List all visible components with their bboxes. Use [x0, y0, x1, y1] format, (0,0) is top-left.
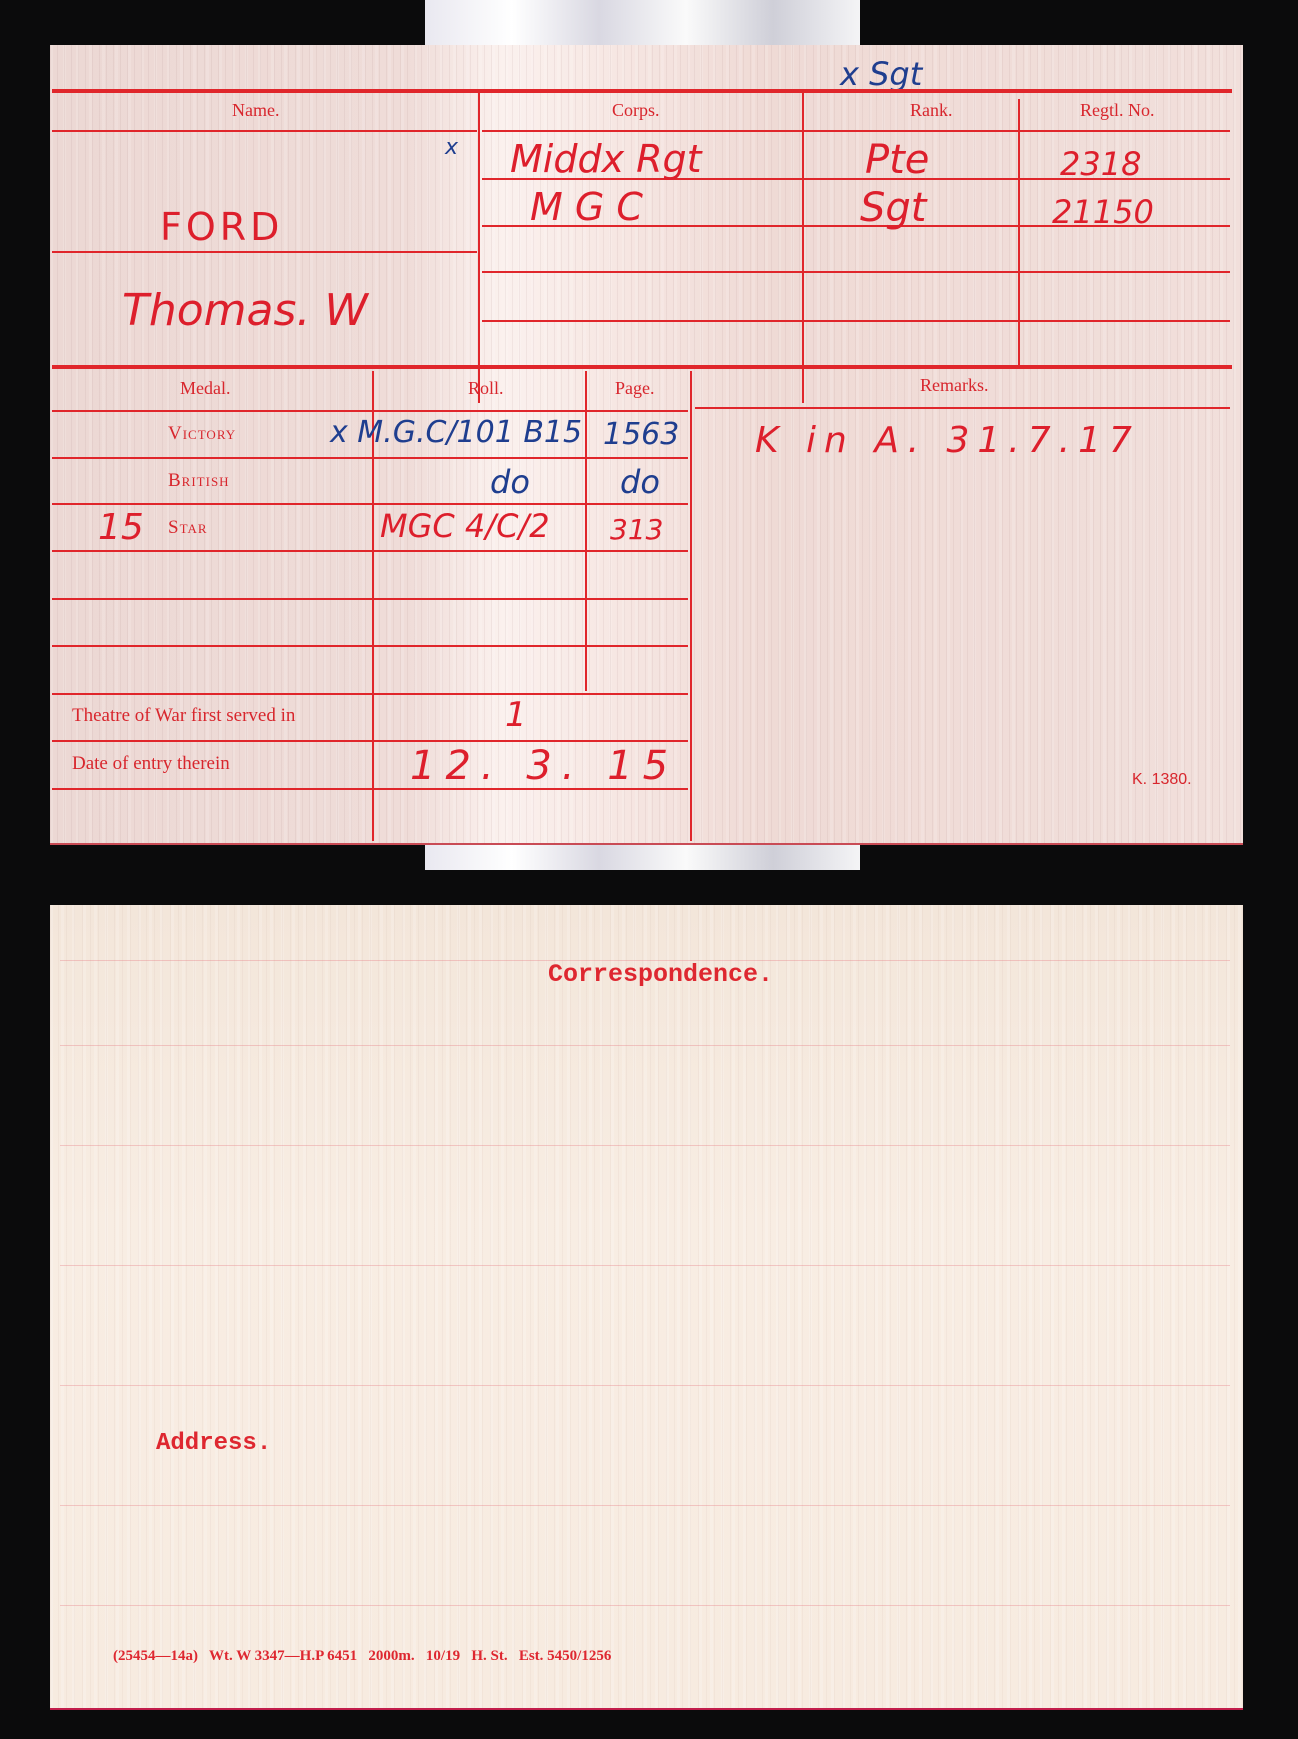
- theatre-label: Theatre of War first served in: [72, 705, 295, 727]
- entry-label: Date of entry therein: [72, 753, 230, 775]
- rule: [52, 740, 688, 742]
- medal-british-label: British: [168, 470, 230, 492]
- scanner-strip-mid: [425, 845, 860, 870]
- medal-victory-label: Victory: [168, 423, 236, 445]
- faint-rule: [60, 1505, 1230, 1506]
- faint-rule: [60, 1145, 1230, 1146]
- rank-annotation: x Sgt: [840, 55, 922, 93]
- page-star: 313: [610, 513, 663, 546]
- rule: [52, 598, 688, 600]
- faint-rule: [60, 1605, 1230, 1606]
- address-label: Address.: [156, 1430, 271, 1457]
- rule: [482, 271, 1230, 273]
- rule: [695, 407, 1230, 409]
- surname: FORD: [160, 205, 283, 249]
- divider: [585, 371, 587, 691]
- faint-rule: [60, 1265, 1230, 1266]
- rule: [482, 130, 1230, 132]
- scanner-strip-top: [425, 0, 860, 45]
- corps-2: M G C: [530, 185, 643, 229]
- theatre-value: 1: [505, 695, 527, 735]
- correspondence-title: Correspondence.: [548, 960, 773, 989]
- header-remarks: Remarks.: [920, 375, 988, 396]
- mid-rule: [52, 365, 1232, 369]
- rule: [482, 320, 1230, 322]
- regtl-no-1: 2318: [1060, 145, 1141, 183]
- rule: [52, 693, 688, 695]
- medal-index-card-back: Correspondence. Address. (25454—14a) Wt.…: [50, 905, 1243, 1710]
- divider: [1018, 99, 1020, 369]
- rule: [52, 645, 688, 647]
- divider: [802, 93, 804, 403]
- header-roll: Roll.: [468, 378, 504, 399]
- rank-1: Pte: [865, 137, 929, 183]
- header-corps: Corps.: [612, 100, 660, 121]
- divider: [478, 93, 480, 403]
- rule: [52, 457, 688, 459]
- medal-star-label: Star: [168, 517, 208, 539]
- header-regtl-no: Regtl. No.: [1080, 100, 1155, 121]
- form-number: K. 1380.: [1132, 771, 1192, 789]
- divider: [690, 371, 692, 841]
- rule: [52, 503, 688, 505]
- roll-british: do: [490, 463, 530, 501]
- page-victory: 1563: [603, 417, 679, 452]
- medal-star-prefix: 15: [98, 507, 144, 548]
- rule: [52, 550, 688, 552]
- roll-star: MGC 4/C/2: [380, 507, 550, 545]
- header-name: Name.: [232, 100, 279, 121]
- forenames: Thomas. W: [122, 285, 368, 336]
- printer-line: (25454—14a) Wt. W 3347—H.P 6451 2000m. 1…: [113, 1648, 611, 1665]
- name-marker: x: [445, 135, 458, 160]
- corps-1: Middx Rgt: [510, 137, 702, 181]
- medal-index-card-front: x Sgt Name. Corps. Rank. Regtl. No. x FO…: [50, 45, 1243, 845]
- rule: [52, 251, 477, 253]
- regtl-no-2: 21150: [1052, 193, 1154, 231]
- faint-rule: [60, 1385, 1230, 1386]
- entry-value: 12. 3. 15: [410, 743, 678, 789]
- rule: [52, 410, 688, 412]
- rule: [52, 130, 477, 132]
- page-british: do: [620, 463, 660, 501]
- faint-rule: [60, 1045, 1230, 1046]
- header-medal: Medal.: [180, 378, 230, 399]
- header-page: Page.: [615, 378, 655, 399]
- top-rule: [52, 89, 1232, 93]
- remarks-text: K in A. 31.7.17: [755, 420, 1140, 461]
- roll-victory: x M.G.C/101 B15: [330, 415, 582, 450]
- header-rank: Rank.: [910, 100, 953, 121]
- rank-2: Sgt: [860, 185, 926, 231]
